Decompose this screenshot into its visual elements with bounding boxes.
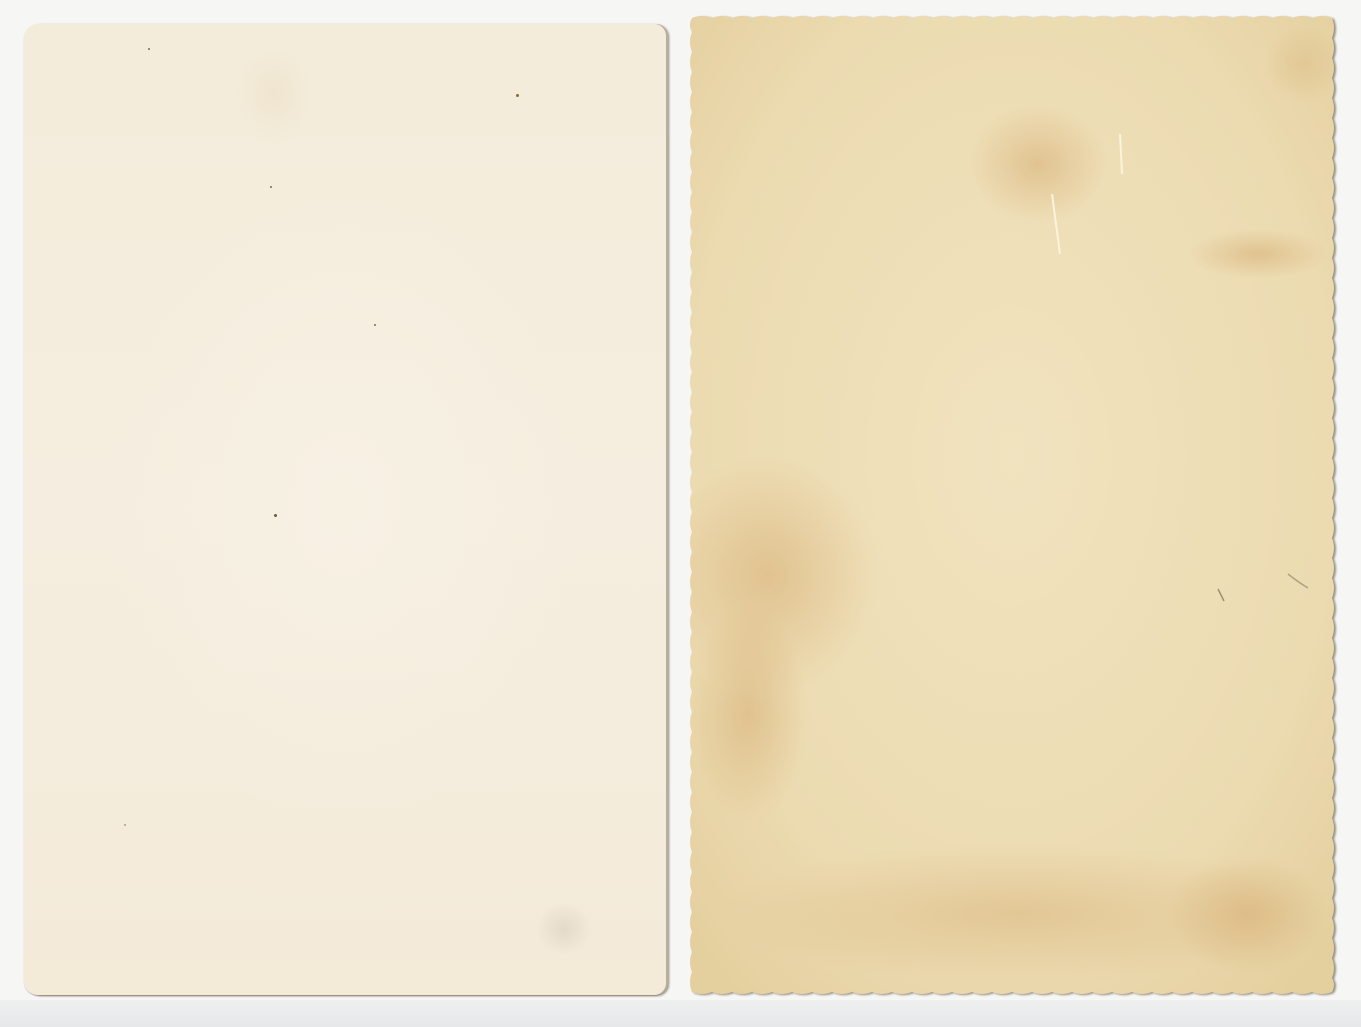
speck: [148, 48, 150, 50]
left-card: [24, 24, 666, 995]
speck: [516, 94, 519, 97]
scanner-background-band: [0, 1000, 1361, 1027]
speck: [270, 186, 272, 188]
speck: [274, 514, 277, 517]
speck: [374, 324, 376, 326]
right-card: [688, 14, 1336, 996]
speck: [124, 824, 126, 826]
right-card-shape: [688, 14, 1336, 996]
